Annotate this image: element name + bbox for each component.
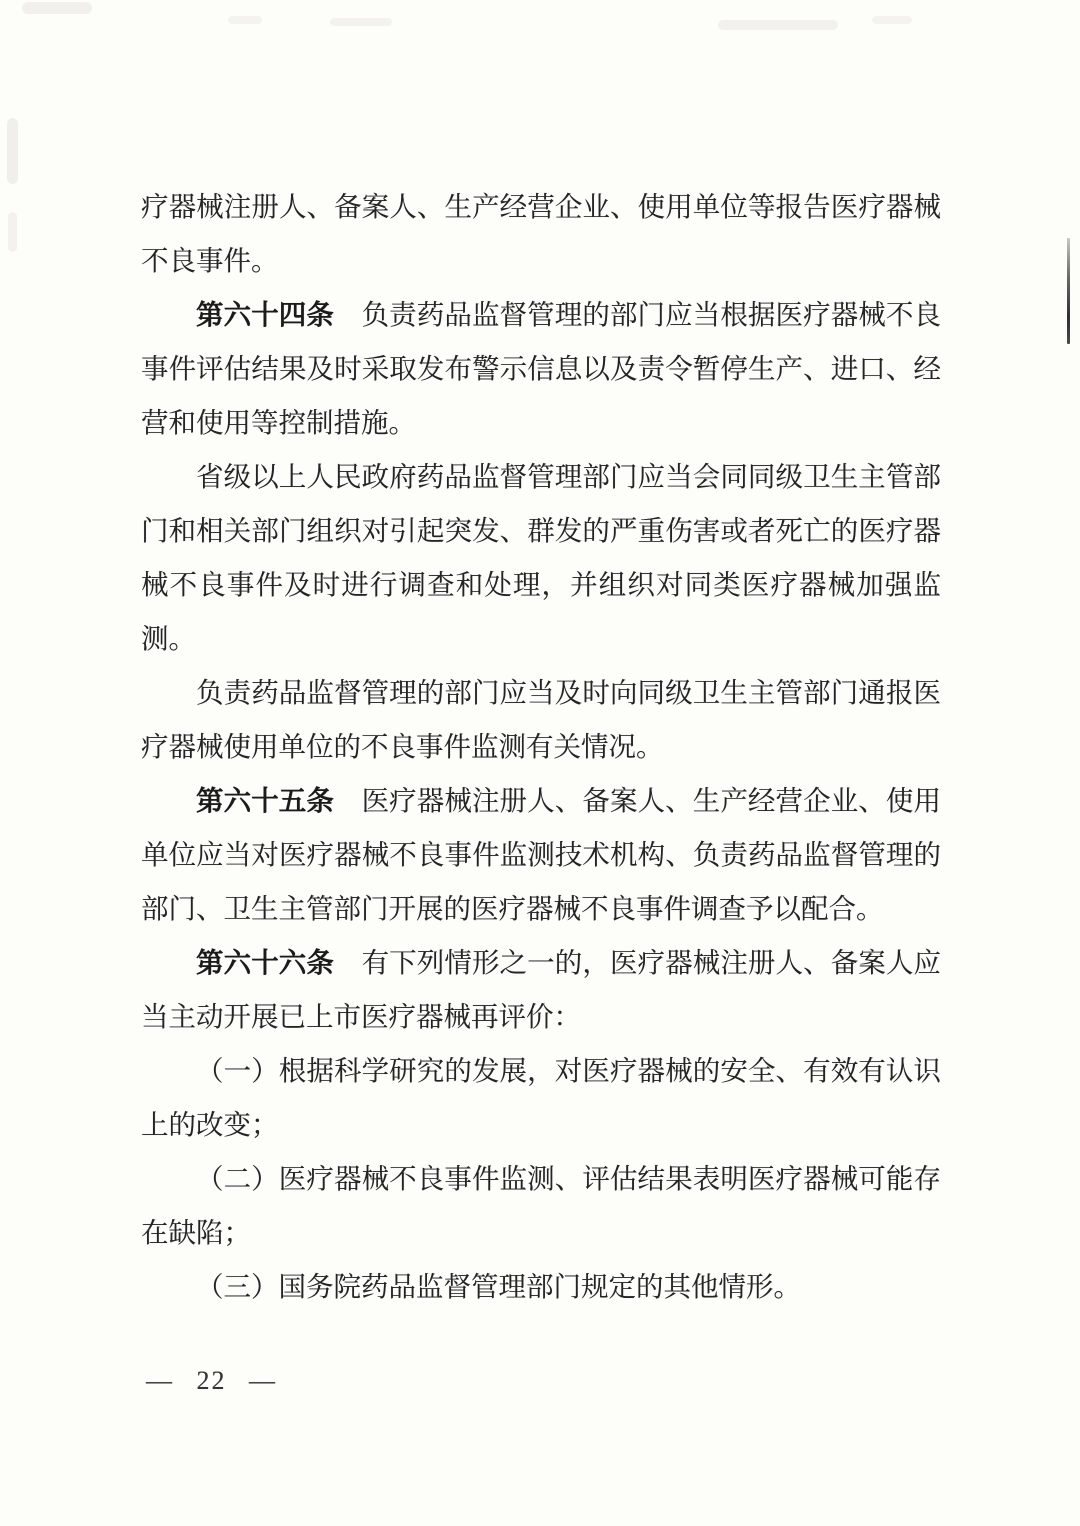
scan-artifact — [228, 16, 262, 24]
paragraph-text: 省级以上人民政府药品监督管理部门应当会同同级卫生主管部门和相关部门组织对引起突发… — [141, 461, 941, 654]
scan-line-artifact — [1067, 238, 1070, 344]
paragraph-text: 疗器械注册人、备案人、生产经营企业、使用单位等报告医疗器械不良事件。 — [141, 191, 941, 276]
paragraph-article-64: 第六十四条 负责药品监督管理的部门应当根据医疗器械不良事件评估结果及时采取发布警… — [141, 288, 941, 450]
article-66-heading: 第六十六条 — [196, 947, 334, 978]
scan-artifact — [7, 118, 18, 184]
paragraph-continuation: 疗器械注册人、备案人、生产经营企业、使用单位等报告医疗器械不良事件。 — [141, 180, 941, 288]
paragraph-text: 负责药品监督管理的部门应当及时向同级卫生主管部门通报医疗器械使用单位的不良事件监… — [141, 677, 941, 762]
paragraph-text: （三）国务院药品监督管理部门规定的其他情形。 — [196, 1271, 801, 1302]
list-item-3: （三）国务院药品监督管理部门规定的其他情形。 — [141, 1260, 941, 1314]
paragraph-article-65: 第六十五条 医疗器械注册人、备案人、生产经营企业、使用单位应当对医疗器械不良事件… — [141, 774, 941, 936]
scan-artifact — [330, 18, 392, 26]
paragraph-article-66: 第六十六条 有下列情形之一的，医疗器械注册人、备案人应当主动开展已上市医疗器械再… — [141, 936, 941, 1044]
scan-artifact — [718, 20, 838, 30]
scan-artifact — [872, 16, 912, 24]
scan-artifact — [22, 2, 92, 14]
scan-artifact — [8, 212, 17, 252]
page-number: — 22 — — [146, 1364, 277, 1398]
article-64-heading: 第六十四条 — [196, 299, 334, 330]
paragraph-provincial-duty: 省级以上人民政府药品监督管理部门应当会同同级卫生主管部门和相关部门组织对引起突发… — [141, 450, 941, 666]
list-item-1: （一）根据科学研究的发展，对医疗器械的安全、有效有认识上的改变； — [141, 1044, 941, 1152]
document-body: 疗器械注册人、备案人、生产经营企业、使用单位等报告医疗器械不良事件。 第六十四条… — [141, 180, 941, 1314]
paragraph-notify-health-dept: 负责药品监督管理的部门应当及时向同级卫生主管部门通报医疗器械使用单位的不良事件监… — [141, 666, 941, 774]
article-65-heading: 第六十五条 — [196, 785, 334, 816]
paragraph-text: （一）根据科学研究的发展，对医疗器械的安全、有效有认识上的改变； — [141, 1055, 941, 1140]
document-page: 疗器械注册人、备案人、生产经营企业、使用单位等报告医疗器械不良事件。 第六十四条… — [0, 0, 1080, 1526]
paragraph-text: （二）医疗器械不良事件监测、评估结果表明医疗器械可能存在缺陷； — [141, 1163, 941, 1248]
list-item-2: （二）医疗器械不良事件监测、评估结果表明医疗器械可能存在缺陷； — [141, 1152, 941, 1260]
